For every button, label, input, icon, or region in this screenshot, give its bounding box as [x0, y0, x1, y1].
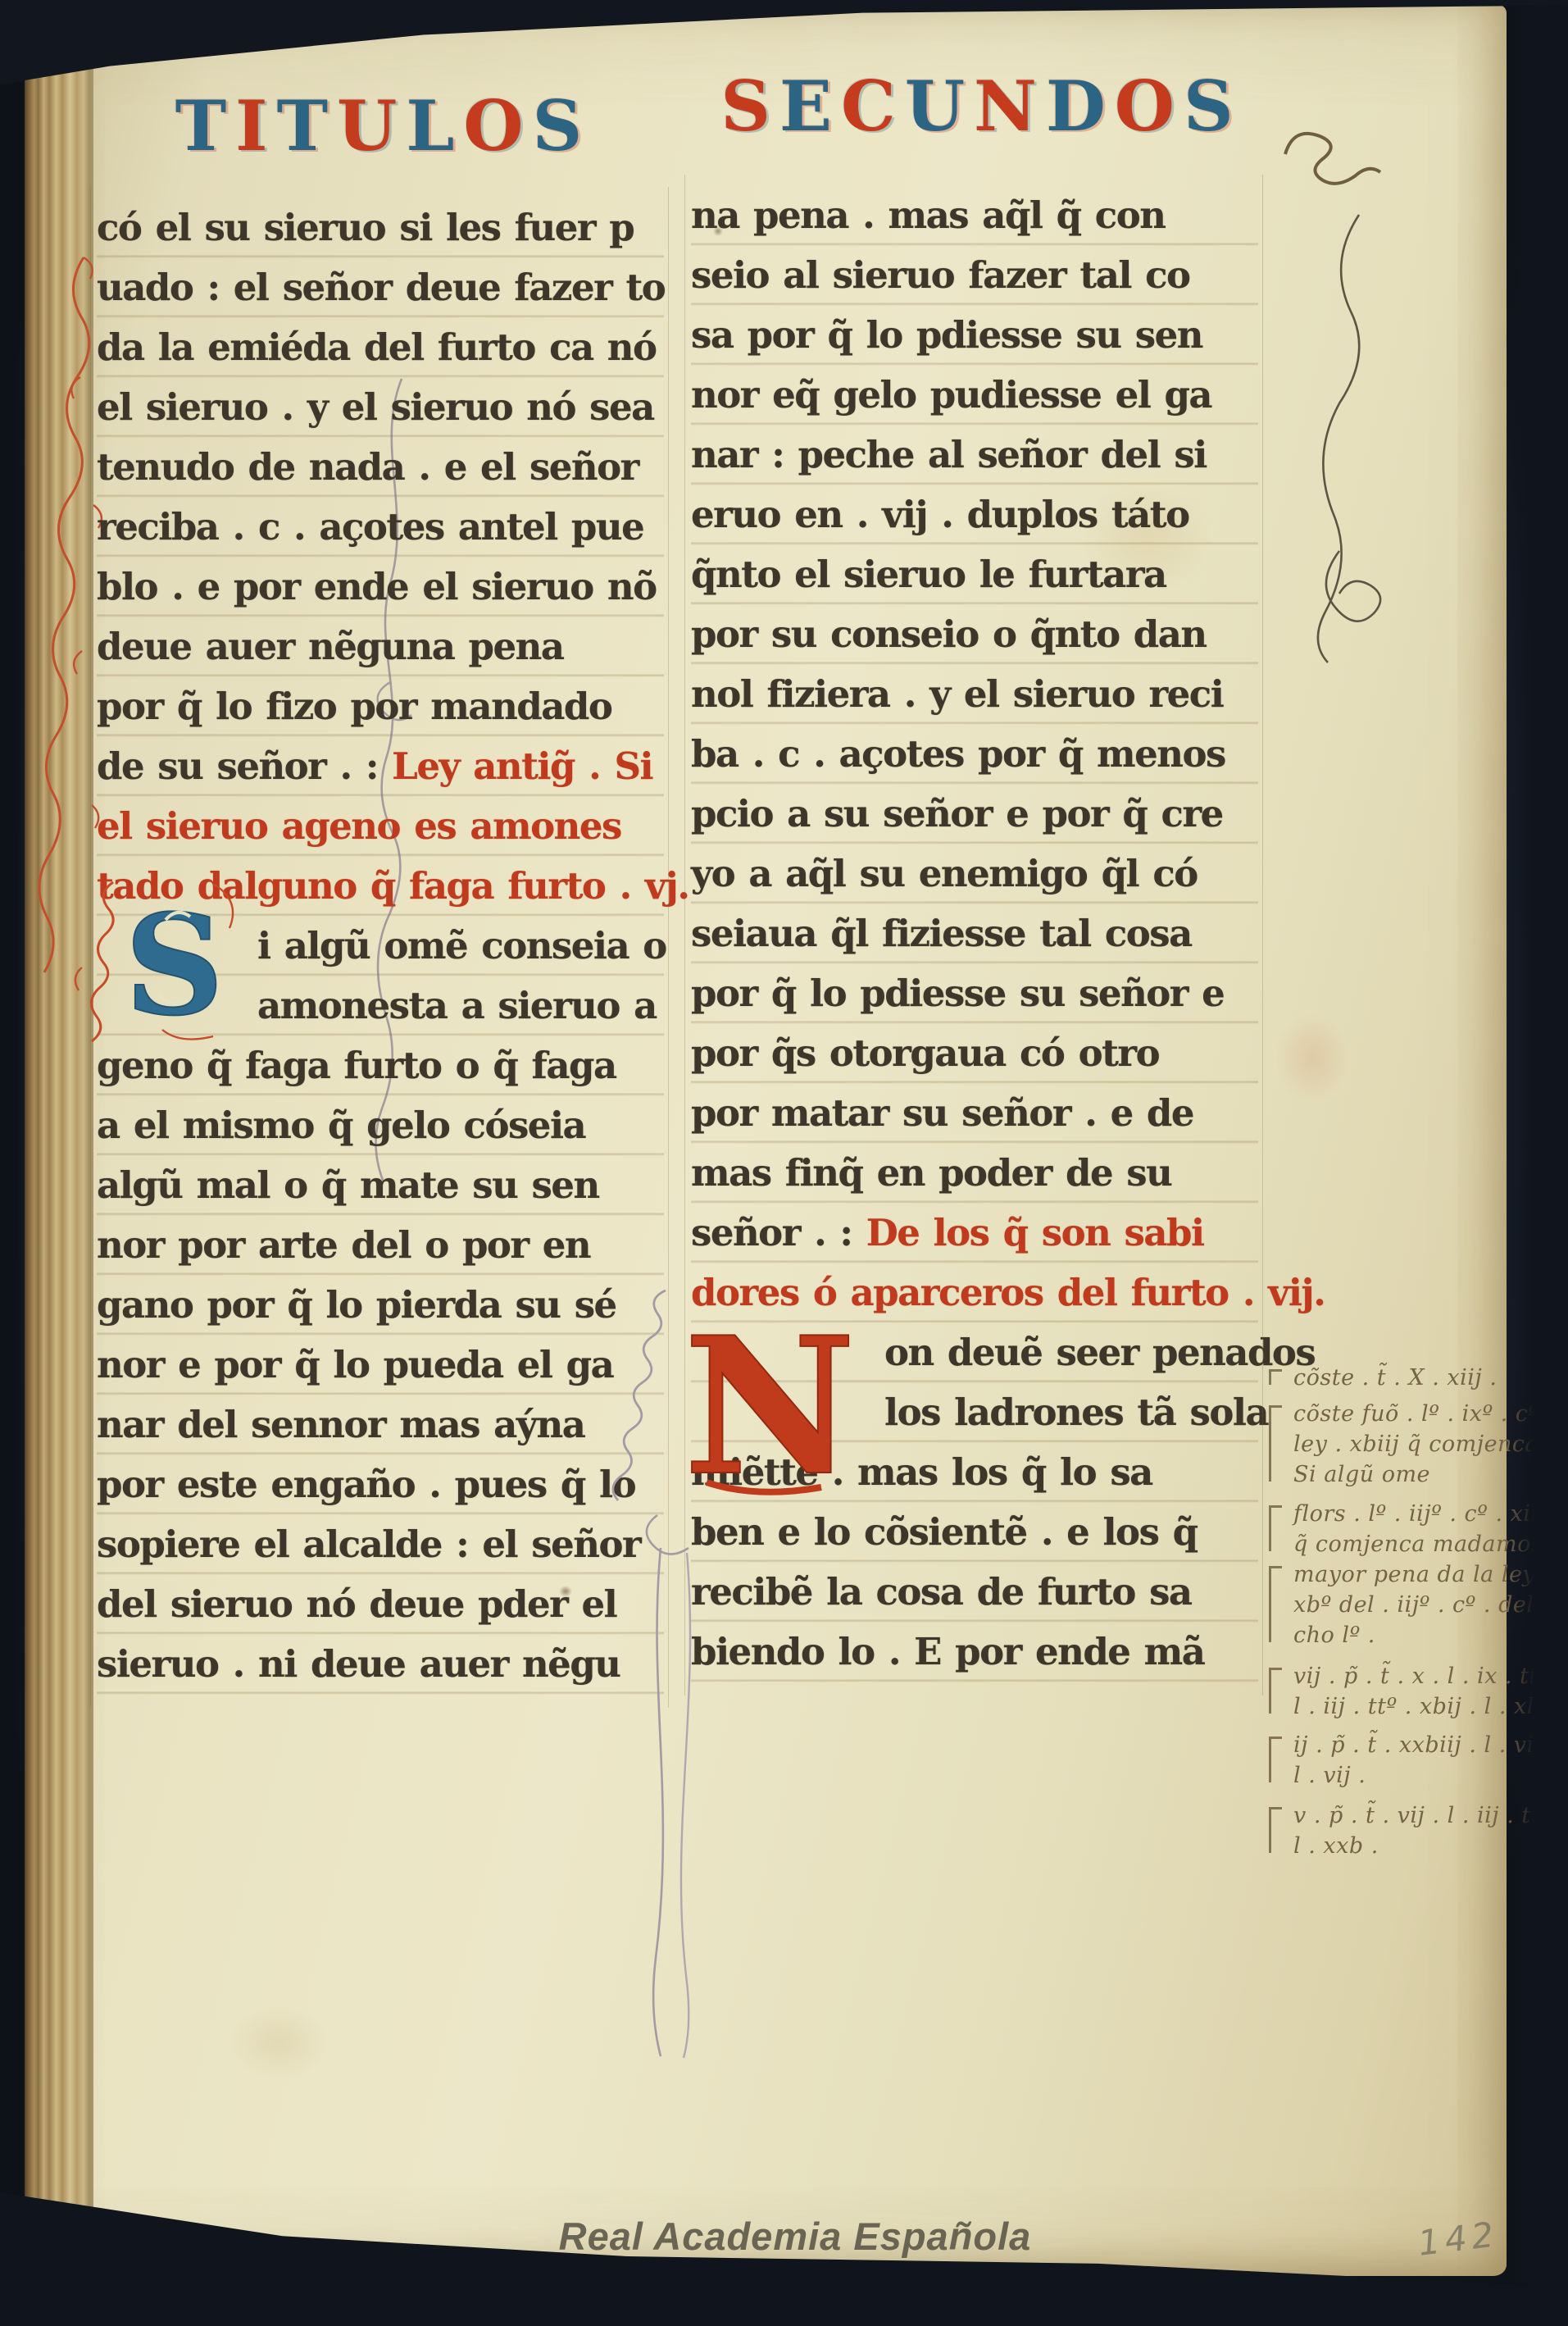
body-text: de su señor . : [97, 744, 392, 788]
body-text: del sieruo nó deue pder el [97, 1582, 616, 1626]
body-text: por su conseio o q̃nto dan [691, 612, 1207, 656]
body-text: algũ mal o q̃ mate su sen [97, 1163, 599, 1207]
body-text: nar del sennor mas aýna [97, 1403, 584, 1446]
manuscript-line: nol fiziera . y el sieruo reci [691, 665, 1258, 725]
parchment-stain [230, 2005, 328, 2079]
ornate-letter: N [974, 69, 1039, 144]
manuscript-line: uado : el señor deue fazer to [97, 258, 664, 318]
illuminated-initial-s: S [90, 872, 254, 1053]
body-text: deue auer nẽguna pena [97, 625, 564, 668]
manuscript-line: por este engaño . pues q̃ lo [97, 1455, 664, 1515]
running-title-left: TITULOS [97, 89, 662, 164]
manuscript-line: por matar su señor . e de [691, 1084, 1258, 1144]
body-text: por q̃s otorgaua có otro [691, 1031, 1159, 1075]
body-text: có el su sieruo si les fuer p [97, 206, 634, 249]
manuscript-page: Julirra TITULOS SECUNDOS có el su sieruo… [25, 5, 1507, 2276]
body-text: sieruo . ni deue auer nẽgu [97, 1642, 620, 1686]
body-text: yo a aq̃l su enemigo q̃l có [691, 852, 1198, 895]
manuscript-line: có el su sieruo si les fuer p [97, 198, 664, 258]
body-text: a el mismo q̃ gelo cóseia [97, 1104, 585, 1147]
ornate-letter: T [175, 89, 229, 164]
body-text: nol fiziera . y el sieruo reci [691, 672, 1223, 716]
body-text: por q̃ lo fizo por mandado [97, 685, 611, 728]
manuscript-line: nar : peche al señor del si [691, 426, 1258, 485]
ornate-letter: L [406, 89, 456, 164]
rubric-text: De los q̃ son sabi [866, 1211, 1204, 1254]
body-text: por matar su señor . e de [691, 1091, 1193, 1135]
manuscript-line: sa por q̃ lo pdiesse su sen [691, 306, 1258, 366]
gloss-note: cõste . t̃ . X . xiij . [1264, 1363, 1497, 1393]
body-text: tenudo de nada . e el señor [97, 445, 639, 489]
manuscript-line: yo a aq̃l su enemigo q̃l có [691, 844, 1258, 904]
manuscript-line: el sieruo . y el sieruo nó sea [97, 378, 664, 438]
rubric-text: el sieruo ageno es amones [97, 804, 621, 848]
manuscript-line: sieruo . ni deue auer nẽgu [97, 1635, 664, 1695]
ornate-letter: I [235, 89, 269, 164]
body-text: amonesta a sieruo a [257, 984, 657, 1027]
body-text: los ladrones tã sola [884, 1391, 1268, 1434]
manuscript-line: pcio a su señor e por q̃ cre [691, 785, 1258, 844]
manuscript-line: de su señor . : Ley antig̃ . Si [97, 737, 664, 797]
ornate-letter: E [779, 69, 834, 144]
manuscript-line: el sieruo ageno es amones [97, 797, 664, 857]
body-text: q̃nto el sieruo le furtara [691, 553, 1166, 596]
svg-text:S: S [125, 884, 224, 1046]
parchment-stain [1275, 1013, 1349, 1104]
manuscript-line: nor eq̃ gelo pudiesse el ga [691, 366, 1258, 426]
body-text: ba . c . açotes por q̃ menos [691, 732, 1225, 776]
manuscript-line: tenudo de nada . e el señor [97, 438, 664, 498]
manuscript-line: algũ mal o q̃ mate su sen [97, 1156, 664, 1216]
ornate-letter: O [1115, 69, 1176, 144]
manuscript-line: seio al sieruo fazer tal co [691, 246, 1258, 306]
manuscript-line: q̃nto el sieruo le furtara [691, 545, 1258, 605]
body-text: por este engaño . pues q̃ lo [97, 1463, 635, 1506]
manuscript-line: por q̃ lo fizo por mandado [97, 677, 664, 737]
manuscript-line: por q̃s otorgaua có otro [691, 1024, 1258, 1084]
body-text: el sieruo . y el sieruo nó sea [97, 385, 654, 429]
manuscript-line: del sieruo nó deue pder el [97, 1575, 664, 1635]
body-text: na pena . mas aq̃l q̃ con [691, 193, 1165, 237]
top-right-margin-flourish [1261, 92, 1416, 666]
running-title-right: SECUNDOS [695, 69, 1261, 144]
manuscript-line: por q̃ lo pdiesse su señor e [691, 964, 1258, 1024]
body-text: sopiere el alcalde : el señor [97, 1523, 640, 1566]
body-text: señor . : [691, 1211, 866, 1254]
body-text: uado : el señor deue fazer to [97, 266, 665, 309]
illuminated-initial-n: N [608, 1277, 879, 2064]
body-text: gano por q̃ lo pierda su sé [97, 1283, 616, 1327]
manuscript-line: reciba . c . açotes antel pue [97, 498, 664, 558]
ornate-letter: O [463, 89, 525, 164]
body-text: seiaua q̃l fiziesse tal cosa [691, 912, 1192, 955]
ornate-letter: S [720, 69, 772, 144]
manuscript-line: gano por q̃ lo pierda su sé [97, 1276, 664, 1336]
body-text: nar : peche al señor del si [691, 433, 1207, 476]
manuscript-line: a el mismo q̃ gelo cóseia [97, 1096, 664, 1156]
body-text: reciba . c . açotes antel pue [97, 505, 643, 548]
manuscript-line: sopiere el alcalde : el señor [97, 1515, 664, 1575]
body-text: por q̃ lo pdiesse su señor e [691, 972, 1224, 1015]
body-text: sa por q̃ lo pdiesse su sen [691, 313, 1202, 357]
ornate-letter: S [1184, 69, 1235, 144]
book-spine-shadow [0, 0, 26, 2326]
body-text: da la emiéda del furto ca nó [97, 325, 657, 369]
manuscript-line: ba . c . açotes por q̃ menos [691, 725, 1258, 785]
manuscript-line: eruo en . vij . duplos táto [691, 485, 1258, 545]
manuscript-line: por su conseio o q̃nto dan [691, 605, 1258, 665]
body-text: blo . e por ende el sieruo nõ [97, 565, 657, 608]
manuscript-line: na pena . mas aq̃l q̃ con [691, 186, 1258, 246]
manuscript-line: nor e por q̃ lo pueda el ga [97, 1336, 664, 1395]
library-watermark: Real Academia Española [549, 2214, 1041, 2259]
manuscript-line: blo . e por ende el sieruo nõ [97, 558, 664, 617]
body-text: pcio a su señor e por q̃ cre [691, 792, 1223, 835]
ornate-letter: S [533, 89, 584, 164]
ornate-letter: D [1046, 69, 1107, 144]
manuscript-line: señor . : De los q̃ son sabi [691, 1204, 1258, 1263]
body-text: nor e por q̃ lo pueda el ga [97, 1343, 613, 1386]
manuscript-line: da la emiéda del furto ca nó [97, 318, 664, 378]
ornate-letter: T [277, 89, 330, 164]
gloss-line: cõste . t̃ . X . xiij . [1293, 1363, 1497, 1393]
manuscript-line: deue auer nẽguna pena [97, 617, 664, 677]
body-text: i algũ omẽ conseia o [257, 924, 666, 967]
ornate-letter: C [841, 69, 898, 144]
ornate-letter: U [337, 89, 398, 164]
body-text: eruo en . vij . duplos táto [691, 493, 1189, 536]
ornate-letter: U [905, 69, 966, 144]
folio-number: 142 [1416, 2214, 1500, 2264]
body-text: mas finq̃ en poder de su [691, 1151, 1171, 1195]
manuscript-line: mas finq̃ en poder de su [691, 1144, 1258, 1204]
manuscript-line: seiaua q̃l fiziesse tal cosa [691, 904, 1258, 964]
rubric-text: Ley antig̃ . Si [392, 744, 652, 788]
photo-dark-edge-right [1507, 0, 1568, 2326]
manuscript-line: nor por arte del o por en [97, 1216, 664, 1276]
body-text: nor eq̃ gelo pudiesse el ga [691, 373, 1211, 416]
manuscript-line: nar del sennor mas aýna [97, 1395, 664, 1455]
body-text: on deuẽ seer penados [884, 1331, 1315, 1374]
body-text: nor por arte del o por en [97, 1223, 590, 1267]
body-text: seio al sieruo fazer tal co [691, 253, 1190, 297]
